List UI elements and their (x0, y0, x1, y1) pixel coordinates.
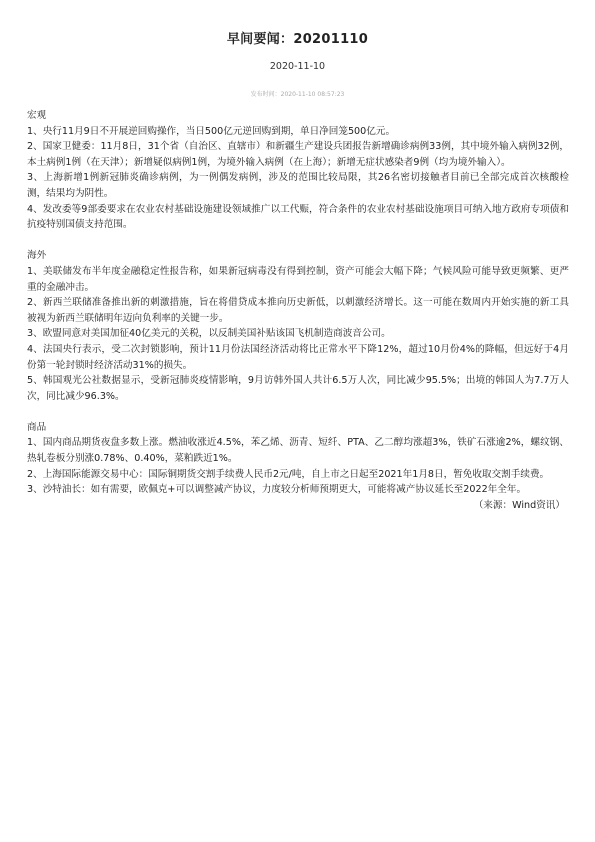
news-item: 2、国家卫健委：11月8日，31个省（自治区、直辖市）和新疆生产建设兵团报告新增… (27, 139, 569, 170)
news-item: 4、发改委等9部委要求在农业农村基础设施建设领域推广以工代赈，符合条件的农业农村… (27, 202, 569, 233)
section-commodities: 商品 1、国内商品期货夜盘多数上涨。燃油收涨近4.5%，苯乙烯、沥青、短纤、PT… (27, 420, 569, 514)
news-item: 2、新西兰联储准备推出新的刺激措施，旨在将借贷成本推向历史新低，以刺激经济增长。… (27, 295, 569, 326)
news-item: 4、法国央行表示，受二次封锁影响，预计11月份法国经济活动将比正常水平下降12%… (27, 342, 569, 373)
article-date: 2020-11-10 (0, 61, 595, 72)
publish-time: 发布时间：2020-11-10 08:57:23 (0, 89, 595, 98)
news-item: 1、美联储发布半年度金融稳定性报告称，如果新冠病毒没有得到控制，资产可能会大幅下… (27, 264, 569, 295)
news-item: 1、央行11月9日不开展逆回购操作，当日500亿元逆回购到期，单日净回笼500亿… (27, 124, 569, 140)
news-item: 3、上海新增1例新冠肺炎确诊病例，为一例偶发病例，涉及的范围比较局限，其26名密… (27, 170, 569, 201)
article-body: 宏观 1、央行11月9日不开展逆回购操作，当日500亿元逆回购到期，单日净回笼5… (27, 108, 569, 529)
source-note: （来源：Wind资讯） (27, 498, 569, 514)
news-item: 1、国内商品期货夜盘多数上涨。燃油收涨近4.5%，苯乙烯、沥青、短纤、PTA、乙… (27, 435, 569, 466)
news-item: 5、韩国观光公社数据显示，受新冠肺炎疫情影响，9月访韩外国人共计6.5万人次，同… (27, 373, 569, 404)
article-title: 早间要闻：20201110 (0, 28, 595, 47)
news-item: 2、上海国际能源交易中心：国际铜期货交割手续费人民币2元/吨，自上市之日起至20… (27, 467, 569, 483)
section-macro: 宏观 1、央行11月9日不开展逆回购操作，当日500亿元逆回购到期，单日净回笼5… (27, 108, 569, 233)
section-heading: 商品 (27, 420, 569, 436)
news-item: 3、欧盟同意对美国加征40亿美元的关税，以反制美国补贴该国飞机制造商波音公司。 (27, 326, 569, 342)
news-item: 3、沙特油长：如有需要，欧佩克+可以调整减产协议，力度较分析师预期更大，可能将减… (27, 482, 569, 498)
section-overseas: 海外 1、美联储发布半年度金融稳定性报告称，如果新冠病毒没有得到控制，资产可能会… (27, 248, 569, 404)
section-heading: 海外 (27, 248, 569, 264)
section-heading: 宏观 (27, 108, 569, 124)
